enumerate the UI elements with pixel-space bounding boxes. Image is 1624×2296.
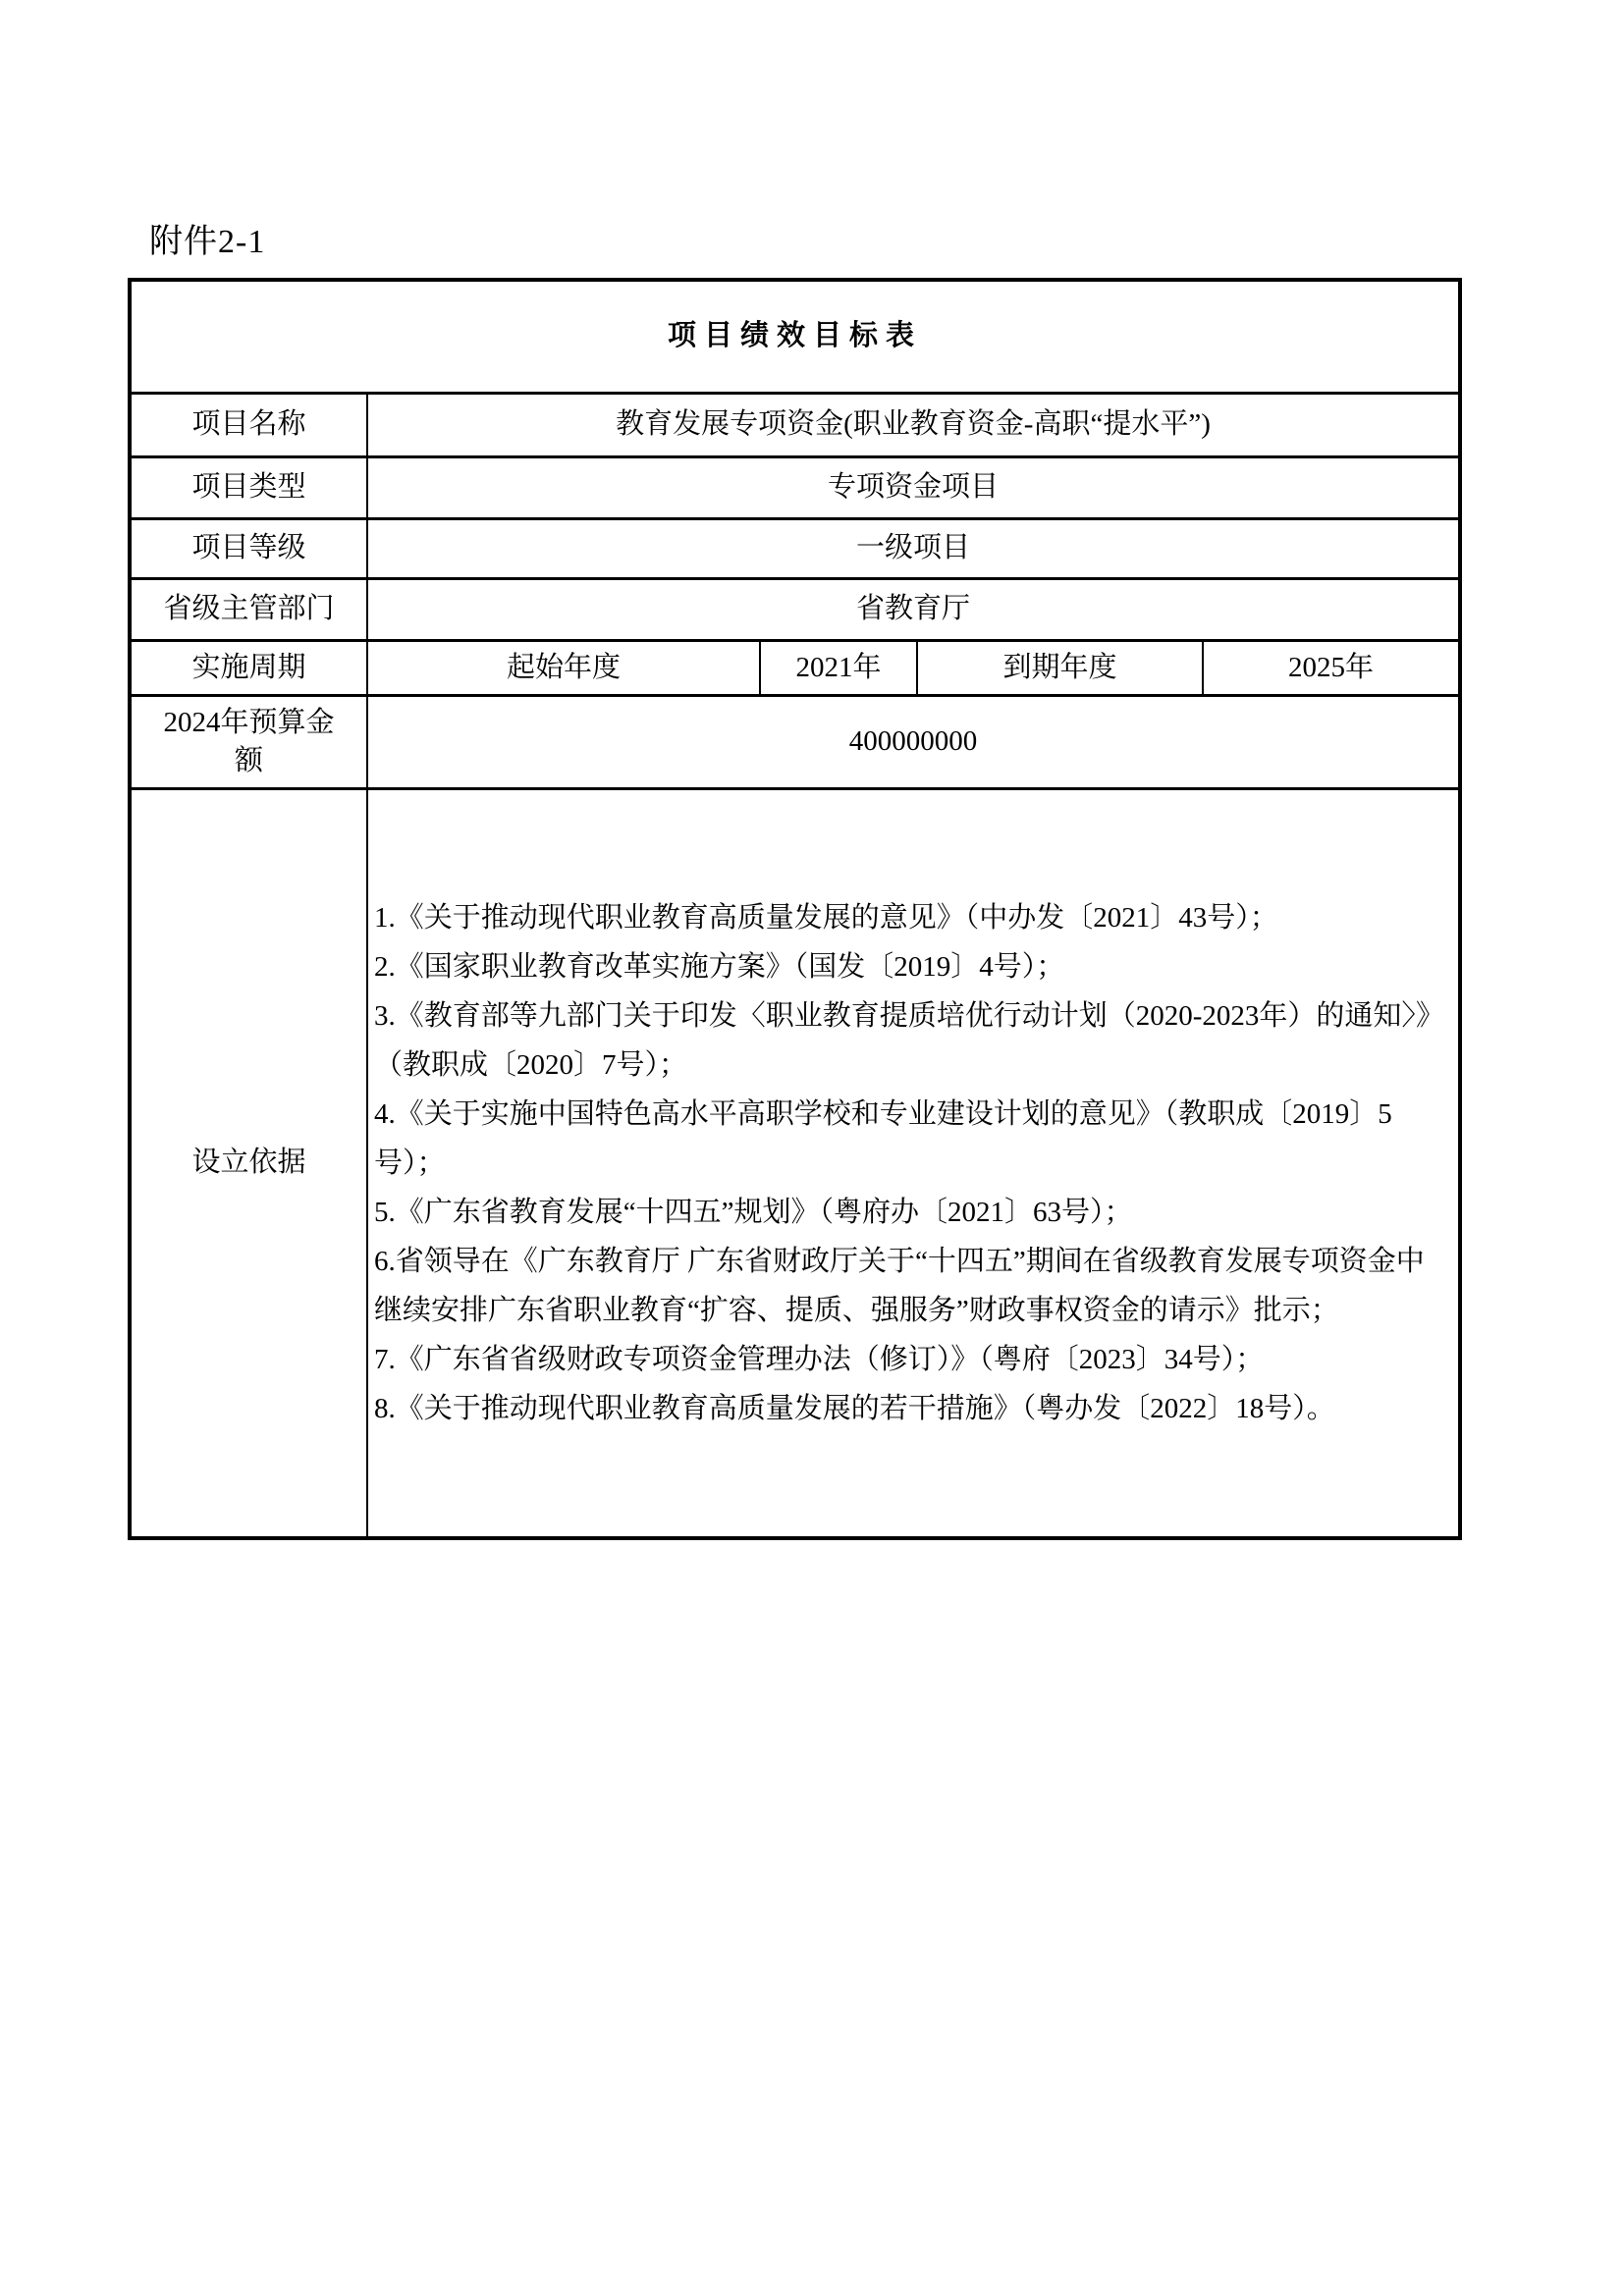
project-type-value: 专项资金项目 [367, 457, 1460, 519]
basis-item: 8.《关于推动现代职业教育高质量发展的若干措施》（粤办发〔2022〕18号）。 [374, 1384, 1452, 1433]
period-label: 实施周期 [130, 641, 367, 696]
basis-item: 4.《关于实施中国特色高水平高职学校和专业建设计划的意见》（教职成〔2019〕5… [374, 1090, 1452, 1188]
table-row: 2024年预算金额 400000000 [130, 696, 1460, 789]
budget-value: 400000000 [367, 696, 1460, 789]
period-end-label: 到期年度 [917, 641, 1203, 696]
project-name-value: 教育发展专项资金(职业教育资金-高职“提水平”) [367, 394, 1460, 457]
performance-target-table: 项目绩效目标表 项目名称 教育发展专项资金(职业教育资金-高职“提水平”) 项目… [128, 278, 1462, 1540]
basis-list: 1.《关于推动现代职业教育高质量发展的意见》（中办发〔2021〕43号）； 2.… [374, 893, 1452, 1433]
basis-content: 1.《关于推动现代职业教育高质量发展的意见》（中办发〔2021〕43号）； 2.… [367, 789, 1460, 1539]
period-start-value: 2021年 [760, 641, 917, 696]
project-type-label: 项目类型 [130, 457, 367, 519]
basis-item: 1.《关于推动现代职业教育高质量发展的意见》（中办发〔2021〕43号）； [374, 893, 1452, 942]
project-level-label: 项目等级 [130, 519, 367, 579]
table-row: 项目类型 专项资金项目 [130, 457, 1460, 519]
basis-item: 2.《国家职业教育改革实施方案》（国发〔2019〕4号）； [374, 942, 1452, 991]
basis-item: 6.省领导在《广东教育厅 广东省财政厅关于“十四五”期间在省级教育发展专项资金中… [374, 1237, 1452, 1335]
budget-label: 2024年预算金额 [130, 696, 367, 789]
period-end-value: 2025年 [1203, 641, 1460, 696]
table-row: 项目名称 教育发展专项资金(职业教育资金-高职“提水平”) [130, 394, 1460, 457]
table-title: 项目绩效目标表 [130, 280, 1460, 394]
table-row: 项目等级 一级项目 [130, 519, 1460, 579]
period-start-label: 起始年度 [367, 641, 760, 696]
project-level-value: 一级项目 [367, 519, 1460, 579]
budget-label-text: 2024年预算金额 [156, 704, 343, 780]
table-row: 设立依据 1.《关于推动现代职业教育高质量发展的意见》（中办发〔2021〕43号… [130, 789, 1460, 1539]
attachment-number: 附件2-1 [149, 214, 265, 262]
basis-item: 5.《广东省教育发展“十四五”规划》（粤府办〔2021〕63号）； [374, 1188, 1452, 1237]
basis-item: 7.《广东省省级财政专项资金管理办法（修订）》（粤府〔2023〕34号）； [374, 1335, 1452, 1384]
basis-label: 设立依据 [130, 789, 367, 1539]
basis-item: 3.《教育部等九部门关于印发〈职业教育提质培优行动计划（2020-2023年）的… [374, 991, 1452, 1090]
project-name-label: 项目名称 [130, 394, 367, 457]
department-label: 省级主管部门 [130, 579, 367, 641]
department-value: 省教育厅 [367, 579, 1460, 641]
table-row: 省级主管部门 省教育厅 [130, 579, 1460, 641]
table-row: 实施周期 起始年度 2021年 到期年度 2025年 [130, 641, 1460, 696]
